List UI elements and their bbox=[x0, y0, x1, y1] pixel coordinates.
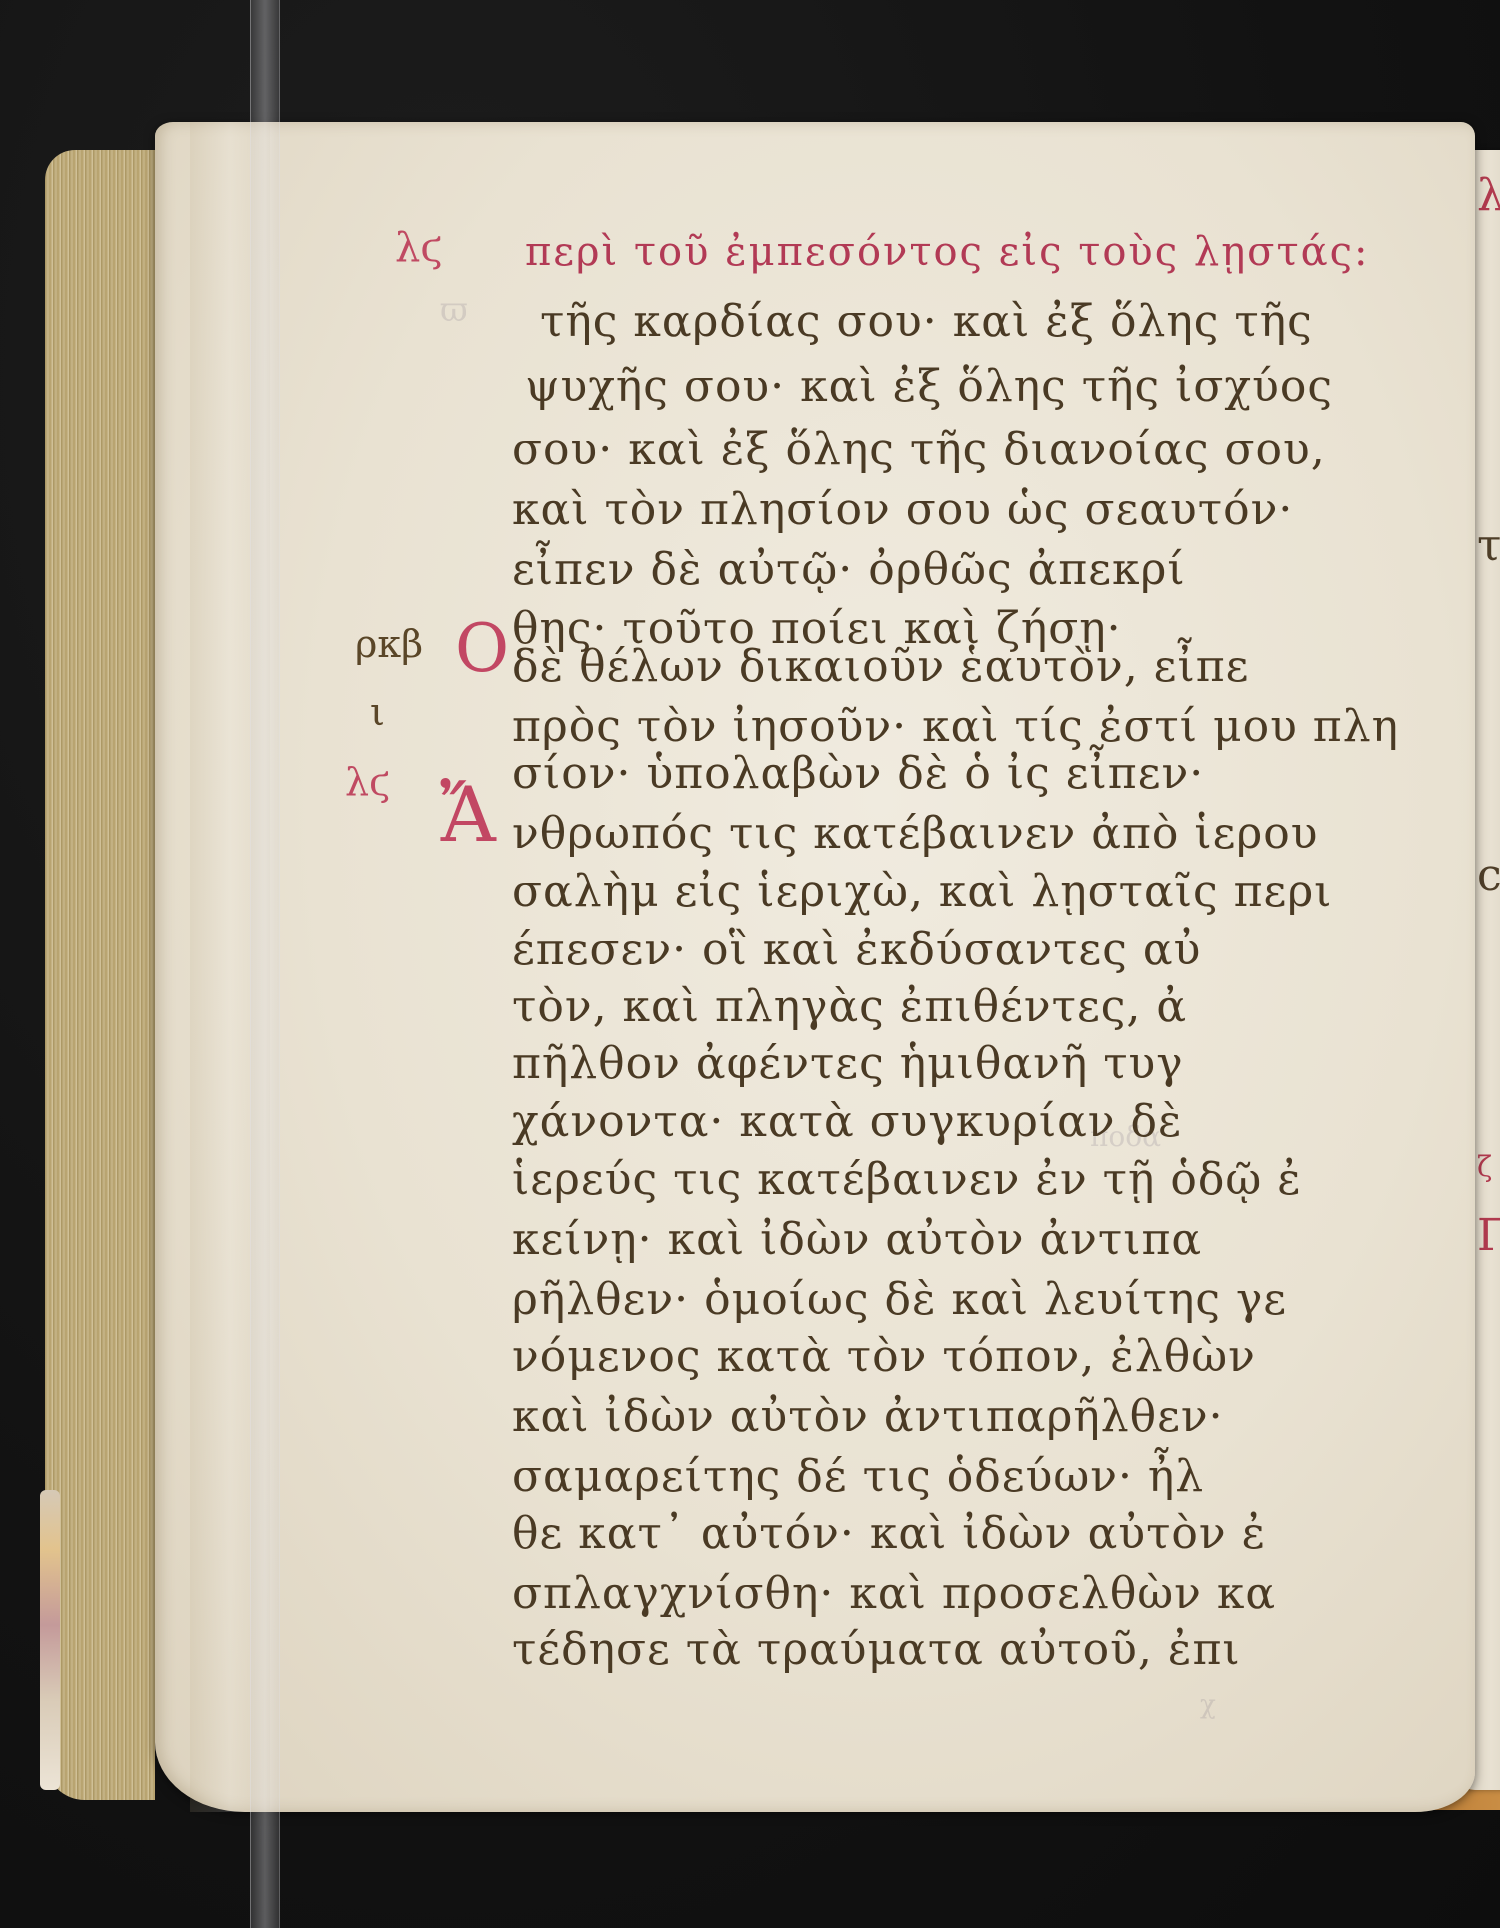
text-line: σπλαγχνίσθη· καὶ προσελθὼν κα bbox=[512, 1572, 1276, 1616]
text-line: εἶπεν δὲ αὐτῷ· ὀρθῶς ἀπεκρί bbox=[512, 548, 1186, 592]
text-line: νθρωπός τις κατέβαινεν ἀπὸ ἱερου bbox=[512, 812, 1319, 856]
margin-note-canon: ι bbox=[370, 690, 385, 734]
margin-note-section-number: ρκβ bbox=[355, 622, 423, 666]
text-line: σίον· ὑπολαβὼν δὲ ὁ ἰς εἶπεν· bbox=[512, 752, 1204, 796]
text-line: χάνοντα· κατὰ συγκυρίαν δὲ bbox=[512, 1100, 1183, 1144]
text-line: κείνῃ· καὶ ἰδὼν αὐτὸν ἀντιπα bbox=[512, 1218, 1202, 1262]
text-line: σαμαρείτης δέ τις ὁδεύων· ἦλ bbox=[512, 1455, 1204, 1499]
rubric-margin-label: λϛ bbox=[395, 225, 443, 271]
rubric-heading: περὶ τοῦ ἐμπεσόντος εἰς τοὺς λῃστάς: bbox=[525, 232, 1369, 272]
text-line: ψυχῆς σου· καὶ ἐξ ὅλης τῆς ἰσχύος bbox=[525, 365, 1333, 409]
text-line: έπεσεν· οἳ καὶ ἐκδύσαντες αὐ bbox=[512, 928, 1201, 972]
text-line: σου· καὶ ἐξ ὅλης τῆς διανοίας σου, bbox=[512, 428, 1326, 472]
red-initial-alpha: Ἄ bbox=[440, 770, 496, 859]
text-line: πρὸς τὸν ἰησοῦν· καὶ τίς ἐστί μου πλη bbox=[512, 705, 1399, 749]
text-line: καὶ τὸν πλησίον σου ὡς σεαυτόν· bbox=[512, 488, 1293, 532]
text-line: θε κατ᾽ αὐτόν· καὶ ἰδὼν αὐτὸν ἐ bbox=[512, 1512, 1266, 1556]
text-line: καὶ ἰδὼν αὐτὸν ἀντιπαρῆλθεν· bbox=[512, 1395, 1224, 1439]
text-line: ἱερεύς τις κατέβαινεν ἐν τῇ ὁδῷ ἐ bbox=[512, 1158, 1302, 1202]
text-line: δὲ θέλων δικαιοῦν ἑαυτὸν, εἶπε bbox=[512, 645, 1249, 689]
text-line: σαλὴμ εἰς ἱεριχὼ, καὶ λῃσταῖς περι bbox=[512, 870, 1332, 914]
text-line: νόμενος κατὰ τὸν τόπον, ἐλθὼν bbox=[512, 1335, 1256, 1379]
text-line: τὸν, καὶ πληγὰς ἐπιθέντες, ἀ bbox=[512, 985, 1187, 1029]
text-line: τῆς καρδίας σου· καὶ ἐξ ὅλης τῆς bbox=[540, 300, 1313, 344]
text-line: τέδησε τὰ τραύματα αὐτοῦ, ἐπι bbox=[512, 1628, 1241, 1672]
transparent-support-strap bbox=[250, 0, 280, 1928]
text-line: πῆλθον ἀφέντες ἡμιθανῆ τυγ bbox=[512, 1042, 1184, 1086]
margin-note-red-number: λϛ bbox=[345, 760, 390, 804]
manuscript-text-block: λϛ περὶ τοῦ ἐμπεσόντος εἰς τοὺς λῃστάς: … bbox=[0, 0, 1500, 1928]
text-line: ρῆλθεν· ὁμοίως δὲ καὶ λευίτης γε bbox=[512, 1278, 1287, 1322]
red-initial-omicron: Ο bbox=[455, 610, 509, 687]
